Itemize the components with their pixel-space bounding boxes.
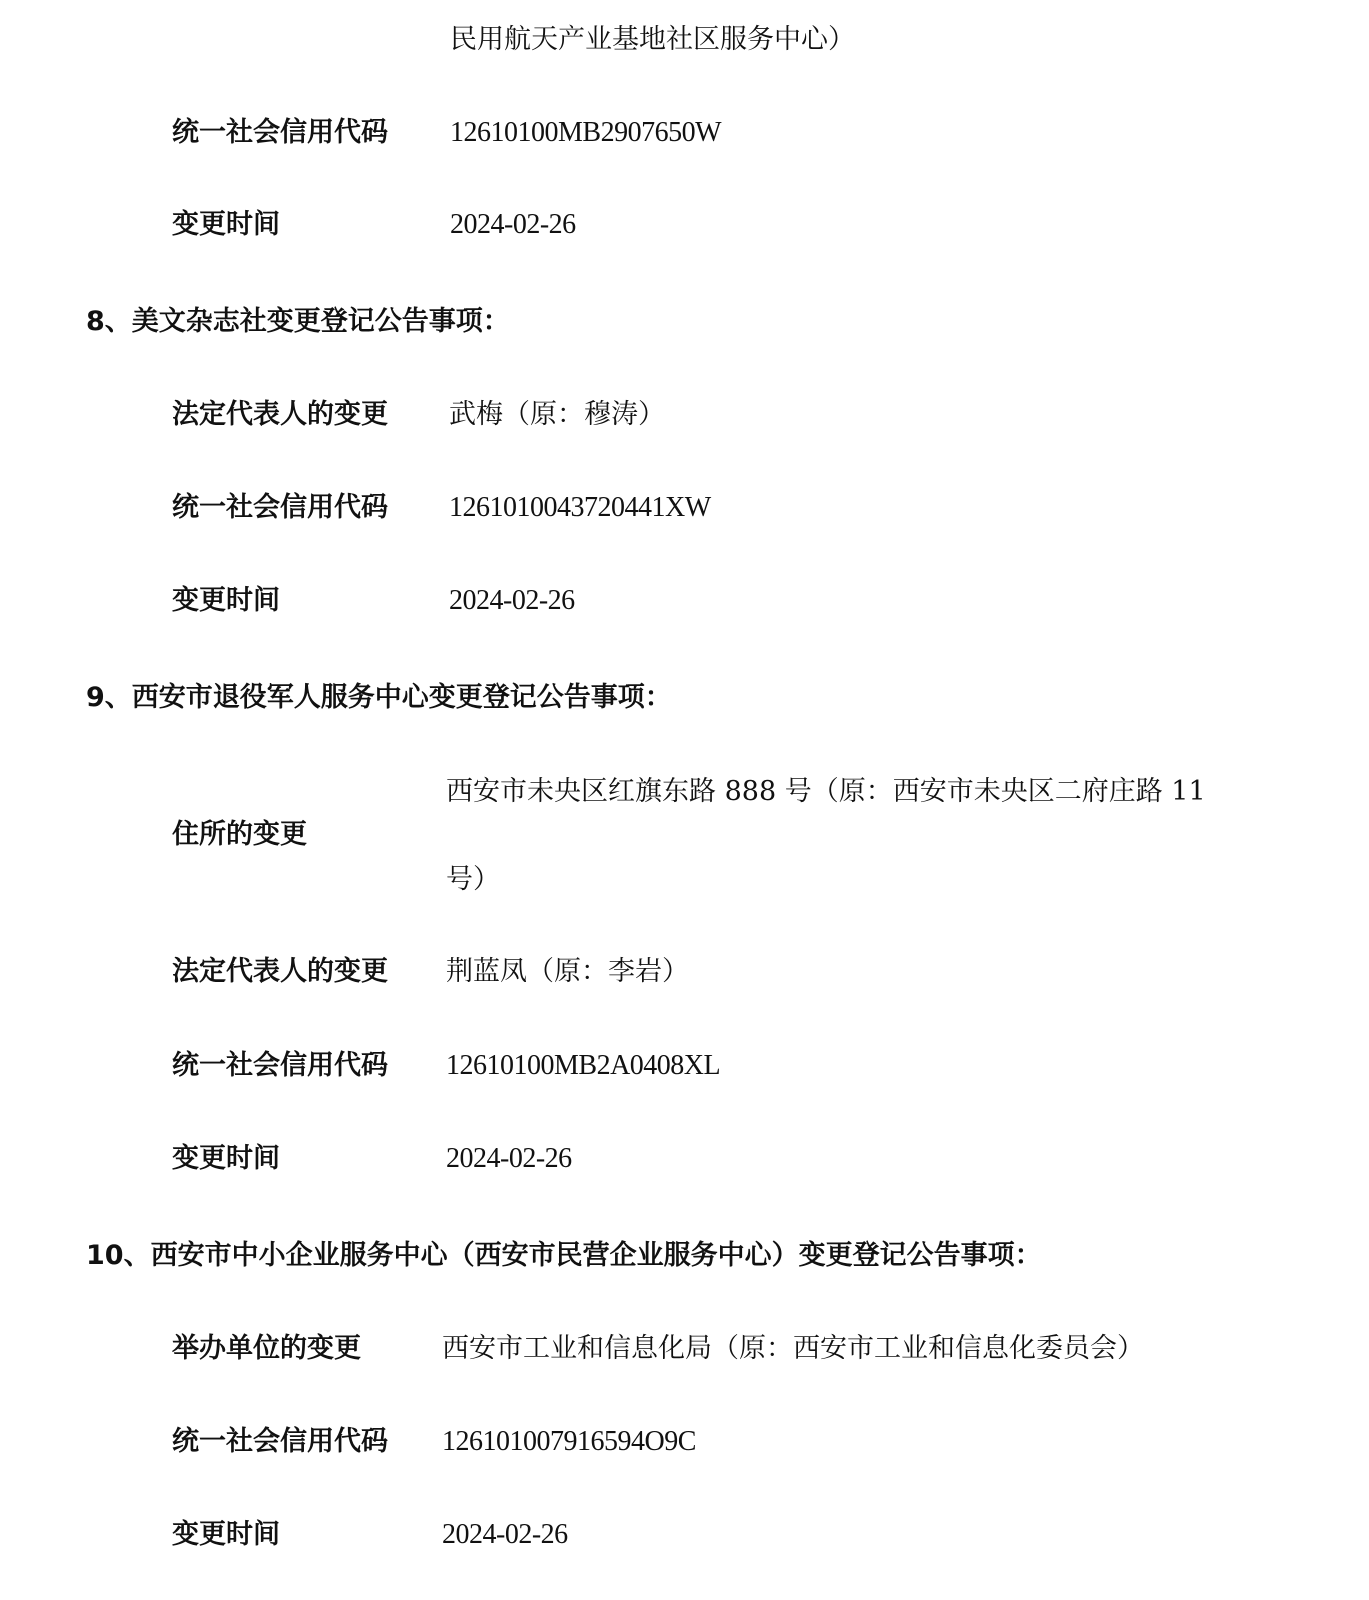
- section-heading-8: 8、美文杂志社变更登记公告事项：: [86, 302, 510, 342]
- field-value-credit-code: 12610100MB2907650W: [450, 113, 721, 153]
- section-heading-9: 9、西安市退役军人服务中心变更登记公告事项：: [86, 678, 672, 718]
- field-label-credit-code: 统一社会信用代码: [172, 488, 388, 528]
- field-value-legal-rep: 荆蓝凤（原：李岩）: [446, 952, 689, 992]
- field-label-change-date: 变更时间: [172, 1139, 280, 1179]
- field-value-change-date: 2024-02-26: [446, 1139, 572, 1179]
- field-value-change-date: 2024-02-26: [442, 1515, 568, 1555]
- field-value-change-date: 2024-02-26: [450, 205, 576, 245]
- field-label-address: 住所的变更: [172, 815, 307, 855]
- field-value-legal-rep: 武梅（原：穆涛）: [449, 395, 665, 435]
- field-label-legal-rep: 法定代表人的变更: [172, 952, 388, 992]
- field-label-change-date: 变更时间: [172, 581, 280, 621]
- field-label-credit-code: 统一社会信用代码: [172, 1046, 388, 1086]
- field-label-credit-code: 统一社会信用代码: [172, 1422, 388, 1462]
- field-label-organizer: 举办单位的变更: [172, 1329, 361, 1369]
- field-value-address-line1: 西安市未央区红旗东路 888 号（原：西安市未央区二府庄路 11: [446, 772, 1206, 812]
- field-value-change-date: 2024-02-26: [449, 581, 575, 621]
- field-label-change-date: 变更时间: [172, 1515, 280, 1555]
- field-value-credit-code: 1261010043720441XW: [449, 488, 711, 528]
- field-label-change-date: 变更时间: [172, 205, 280, 245]
- field-value-credit-code: 12610100MB2A0408XL: [446, 1046, 720, 1086]
- field-value-address-line2: 号）: [446, 860, 500, 900]
- field-label-legal-rep: 法定代表人的变更: [172, 395, 388, 435]
- section-heading-10: 10、西安市中小企业服务中心（西安市民营企业服务中心）变更登记公告事项：: [86, 1236, 1042, 1276]
- field-value-organizer: 西安市工业和信息化局（原：西安市工业和信息化委员会）: [442, 1329, 1144, 1369]
- field-value-credit-code: 126101007916594O9C: [442, 1422, 696, 1462]
- field-label-credit-code: 统一社会信用代码: [172, 113, 388, 153]
- continuation-text: 民用航天产业基地社区服务中心）: [450, 20, 855, 60]
